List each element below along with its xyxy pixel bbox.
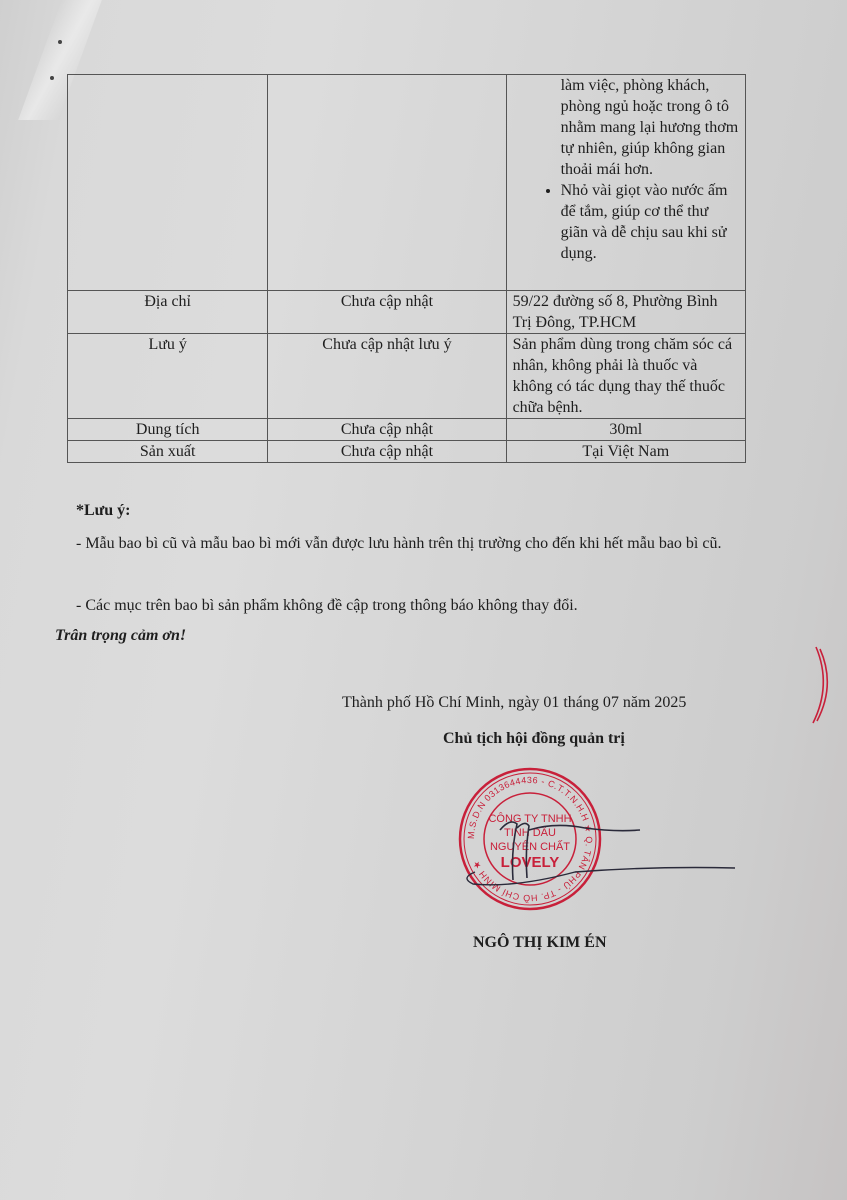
label-cell: Lưu ý xyxy=(68,334,268,419)
staple-hole xyxy=(58,40,62,44)
note-item: - Mẫu bao bì cũ và mẫu bao bì mới vẫn đư… xyxy=(76,533,756,554)
table-row: Địa chỉ Chưa cập nhật 59/22 đường số 8, … xyxy=(68,291,746,334)
usage-list: làm việc, phòng khách, phòng ngủ hoặc tr… xyxy=(513,75,739,264)
place-date: Thành phố Hồ Chí Minh, ngày 01 tháng 07 … xyxy=(342,694,686,712)
current-cell: Chưa cập nhật xyxy=(268,419,506,441)
current-cell xyxy=(268,75,506,291)
notes-heading: *Lưu ý: xyxy=(76,500,131,521)
label-cell: Sản xuất xyxy=(68,441,268,463)
new-cell: 30ml xyxy=(506,419,745,441)
staple-hole xyxy=(50,76,54,80)
table-row: Lưu ý Chưa cập nhật lưu ý Sản phẩm dùng … xyxy=(68,334,746,419)
table-row: Sản xuất Chưa cập nhật Tại Việt Nam xyxy=(68,441,746,463)
new-cell: Tại Việt Nam xyxy=(506,441,745,463)
new-cell: làm việc, phòng khách, phòng ngủ hoặc tr… xyxy=(506,75,745,291)
label-cell: Dung tích xyxy=(68,419,268,441)
signer-name: NGÔ THỊ KIM ÉN xyxy=(473,934,607,952)
current-cell: Chưa cập nhật xyxy=(268,441,506,463)
label-cell xyxy=(68,75,268,291)
handwritten-signature-icon xyxy=(455,800,745,890)
product-spec-table: làm việc, phòng khách, phòng ngủ hoặc tr… xyxy=(67,74,746,463)
new-cell: 59/22 đường số 8, Phường Bình Trị Đông, … xyxy=(506,291,745,334)
current-cell: Chưa cập nhật xyxy=(268,291,506,334)
list-item: Nhỏ vài giọt vào nước ấm để tắm, giúp cơ… xyxy=(561,180,739,264)
table-row: làm việc, phòng khách, phòng ngủ hoặc tr… xyxy=(68,75,746,291)
table-row: Dung tích Chưa cập nhật 30ml xyxy=(68,419,746,441)
label-cell: Địa chỉ xyxy=(68,291,268,334)
new-cell: Sản phẩm dùng trong chăm sóc cá nhân, kh… xyxy=(506,334,745,419)
red-seal-edge-icon xyxy=(810,645,835,725)
signer-position: Chủ tịch hội đồng quản trị xyxy=(443,730,625,748)
closing-text: Trân trọng cảm ơn! xyxy=(55,627,186,645)
current-cell: Chưa cập nhật lưu ý xyxy=(268,334,506,419)
note-item: - Các mục trên bao bì sản phẩm không đề … xyxy=(76,595,578,616)
list-item: làm việc, phòng khách, phòng ngủ hoặc tr… xyxy=(561,75,739,180)
